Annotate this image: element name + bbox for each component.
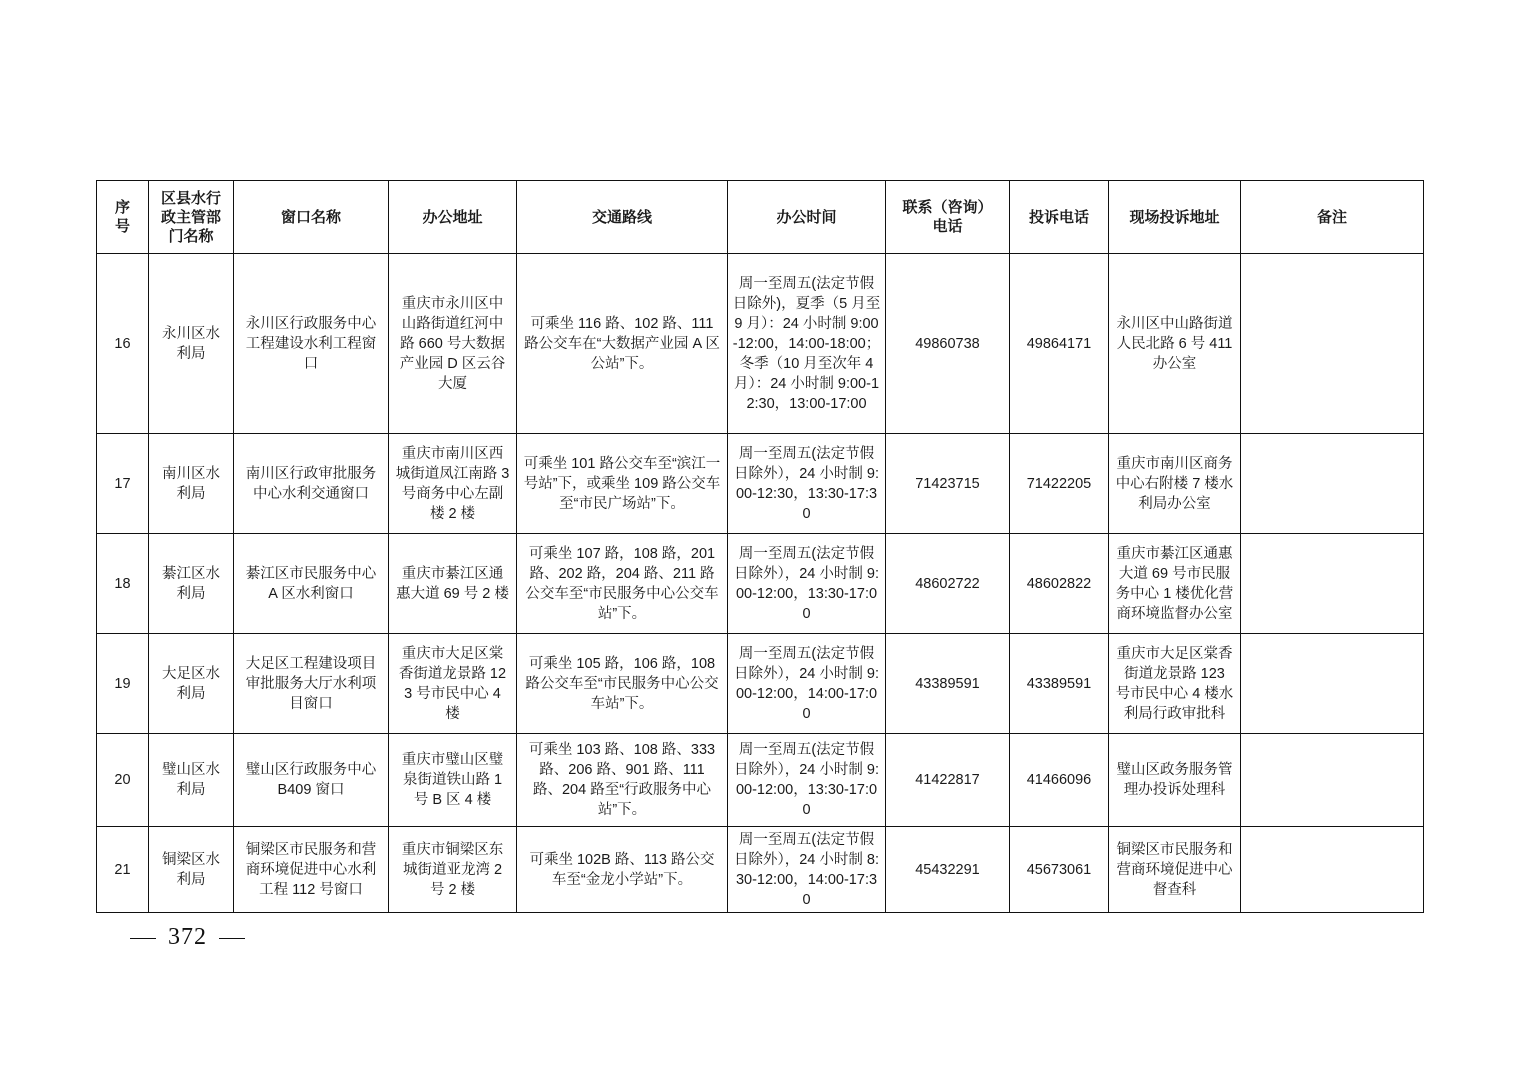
header-contact-phone: 联系（咨询）电话 [886,181,1010,254]
cell-office-hours: 周一至周五(法定节假日除外），24 小时制 9:00-12:30，13:30-1… [728,434,886,534]
cell-office-address: 重庆市璧山区璧泉街道铁山路 1 号 B 区 4 楼 [389,734,517,827]
cell-complaint-address: 永川区中山路街道人民北路 6 号 411 办公室 [1109,254,1241,434]
cell-complaint-address: 重庆市大足区棠香街道龙景路 123 号市民中心 4 楼水利局行政审批科 [1109,634,1241,734]
footer-dash-left [130,938,156,940]
cell-complaint-phone: 49864171 [1010,254,1109,434]
footer-dash-right [219,938,245,940]
cell-department: 南川区水利局 [149,434,234,534]
cell-department: 綦江区水利局 [149,534,234,634]
table-row: 21 铜梁区水利局 铜梁区市民服务和营商环境促进中心水利工程 112 号窗口 重… [97,827,1424,913]
cell-department: 大足区水利局 [149,634,234,734]
cell-complaint-address: 重庆市南川区商务中心右附楼 7 楼水利局办公室 [1109,434,1241,534]
table-row: 16 永川区水利局 永川区行政服务中心工程建设水利工程窗口 重庆市永川区中山路街… [97,254,1424,434]
cell-serial-no: 19 [97,634,149,734]
cell-remark [1241,534,1424,634]
cell-remark [1241,254,1424,434]
cell-contact-phone: 49860738 [886,254,1010,434]
cell-office-hours: 周一至周五(法定节假日除外），24 小时制 9:00-12:00，13:30-1… [728,734,886,827]
cell-complaint-phone: 43389591 [1010,634,1109,734]
cell-complaint-address: 重庆市綦江区通惠大道 69 号市民服务中心 1 楼优化营商环境监督办公室 [1109,534,1241,634]
cell-remark [1241,734,1424,827]
cell-window-name: 铜梁区市民服务和营商环境促进中心水利工程 112 号窗口 [234,827,389,913]
header-office-hours: 办公时间 [728,181,886,254]
cell-serial-no: 18 [97,534,149,634]
cell-complaint-phone: 48602822 [1010,534,1109,634]
cell-office-hours: 周一至周五(法定节假日除外），24 小时制 8:30-12:00，14:00-1… [728,827,886,913]
cell-window-name: 大足区工程建设项目审批服务大厅水利项目窗口 [234,634,389,734]
cell-complaint-address: 璧山区政务服务管理办投诉处理科 [1109,734,1241,827]
cell-transit-route: 可乘坐 103 路、108 路、333 路、206 路、901 路、111 路、… [517,734,728,827]
cell-transit-route: 可乘坐 101 路公交车至“滨江一号站”下，或乘坐 109 路公交车至“市民广场… [517,434,728,534]
cell-transit-route: 可乘坐 105 路，106 路，108 路公交车至“市民服务中心公交车站”下。 [517,634,728,734]
cell-remark [1241,634,1424,734]
cell-transit-route: 可乘坐 107 路，108 路，201 路、202 路，204 路、211 路公… [517,534,728,634]
page-footer: 372 [130,924,257,951]
cell-contact-phone: 71423715 [886,434,1010,534]
table-row: 17 南川区水利局 南川区行政审批服务中心水利交通窗口 重庆市南川区西城街道凤江… [97,434,1424,534]
header-transit-route: 交通路线 [517,181,728,254]
cell-serial-no: 16 [97,254,149,434]
cell-serial-no: 21 [97,827,149,913]
cell-transit-route: 可乘坐 116 路、102 路、111 路公交车在“大数据产业园 A 区公站”下… [517,254,728,434]
cell-remark [1241,434,1424,534]
header-office-address: 办公地址 [389,181,517,254]
cell-complaint-phone: 41466096 [1010,734,1109,827]
table-row: 19 大足区水利局 大足区工程建设项目审批服务大厅水利项目窗口 重庆市大足区棠香… [97,634,1424,734]
cell-serial-no: 17 [97,434,149,534]
cell-window-name: 永川区行政服务中心工程建设水利工程窗口 [234,254,389,434]
cell-office-hours: 周一至周五(法定节假日除外），24 小时制 9:00-12:00，14:00-1… [728,634,886,734]
cell-window-name: 南川区行政审批服务中心水利交通窗口 [234,434,389,534]
cell-department: 永川区水利局 [149,254,234,434]
cell-complaint-phone: 45673061 [1010,827,1109,913]
cell-office-hours: 周一至周五(法定节假日除外)，夏季（5 月至 9 月）：24 小时制 9:00-… [728,254,886,434]
cell-department: 铜梁区水利局 [149,827,234,913]
cell-serial-no: 20 [97,734,149,827]
cell-remark [1241,827,1424,913]
cell-office-address: 重庆市綦江区通惠大道 69 号 2 楼 [389,534,517,634]
header-complaint-address: 现场投诉地址 [1109,181,1241,254]
cell-transit-route: 可乘坐 102B 路、113 路公交车至“金龙小学站”下。 [517,827,728,913]
cell-complaint-address: 铜梁区市民服务和营商环境促进中心督查科 [1109,827,1241,913]
header-remark: 备注 [1241,181,1424,254]
cell-complaint-phone: 71422205 [1010,434,1109,534]
cell-office-hours: 周一至周五(法定节假日除外），24 小时制 9:00-12:00，13:30-1… [728,534,886,634]
cell-window-name: 綦江区市民服务中心 A 区水利窗口 [234,534,389,634]
cell-office-address: 重庆市南川区西城街道凤江南路 3 号商务中心左副楼 2 楼 [389,434,517,534]
header-complaint-phone: 投诉电话 [1010,181,1109,254]
cell-office-address: 重庆市永川区中山路街道红河中路 660 号大数据产业园 D 区云谷大厦 [389,254,517,434]
header-department: 区县水行政主管部门名称 [149,181,234,254]
cell-window-name: 璧山区行政服务中心 B409 窗口 [234,734,389,827]
table-row: 18 綦江区水利局 綦江区市民服务中心 A 区水利窗口 重庆市綦江区通惠大道 6… [97,534,1424,634]
service-window-table: 序号 区县水行政主管部门名称 窗口名称 办公地址 交通路线 办公时间 联系（咨询… [96,180,1424,913]
header-row: 序号 区县水行政主管部门名称 窗口名称 办公地址 交通路线 办公时间 联系（咨询… [97,181,1424,254]
header-serial-no: 序号 [97,181,149,254]
table-row: 20 璧山区水利局 璧山区行政服务中心 B409 窗口 重庆市璧山区璧泉街道铁山… [97,734,1424,827]
cell-office-address: 重庆市大足区棠香街道龙景路 123 号市民中心 4 楼 [389,634,517,734]
cell-contact-phone: 41422817 [886,734,1010,827]
cell-contact-phone: 48602722 [886,534,1010,634]
page-number: 372 [168,924,207,950]
header-window-name: 窗口名称 [234,181,389,254]
cell-contact-phone: 43389591 [886,634,1010,734]
cell-contact-phone: 45432291 [886,827,1010,913]
cell-department: 璧山区水利局 [149,734,234,827]
document-page: 序号 区县水行政主管部门名称 窗口名称 办公地址 交通路线 办公时间 联系（咨询… [0,0,1520,1073]
cell-office-address: 重庆市铜梁区东城街道亚龙湾 2 号 2 楼 [389,827,517,913]
